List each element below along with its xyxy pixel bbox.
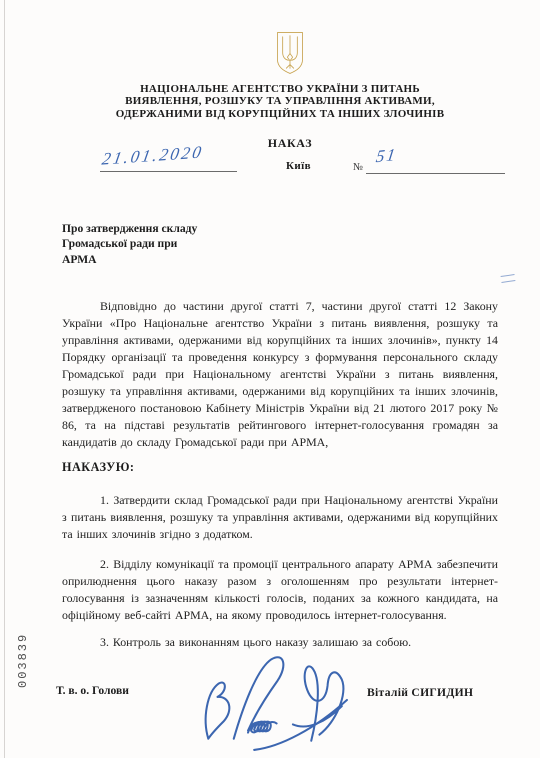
signer-position: Т. в. о. Голови [56, 684, 129, 697]
number-underline [366, 173, 505, 174]
ink-mark-artifact [501, 274, 516, 283]
decree-word: НАКАЗУЮ: [62, 460, 134, 475]
signature-scribble-icon [193, 650, 351, 752]
handwritten-number: 51 [375, 145, 399, 168]
subject-line: Громадської ради при [62, 236, 302, 251]
agency-name: НАЦІОНАЛЬНЕ АГЕНТСТВО УКРАЇНИ З ПИТАНЬ В… [20, 83, 540, 120]
order-item-1: 1. Затвердити склад Громадської ради при… [62, 492, 498, 543]
agency-name-line: НАЦІОНАЛЬНЕ АГЕНТСТВО УКРАЇНИ З ПИТАНЬ [20, 83, 540, 95]
order-item-3: 3. Контроль за виконанням цього наказу з… [62, 634, 498, 651]
subject-line: Про затвердження складу [62, 221, 302, 236]
subject-line: АРМА [62, 252, 302, 267]
date-underline [100, 171, 237, 172]
scanned-order-document: НАЦІОНАЛЬНЕ АГЕНТСТВО УКРАЇНИ З ПИТАНЬ В… [0, 0, 540, 758]
ukraine-trident-icon [275, 31, 305, 75]
signer-name: Віталій СИГИДИН [367, 686, 473, 699]
city-label: Київ [286, 160, 311, 172]
number-sign-label: № [353, 162, 363, 173]
agency-name-line: ВИЯВЛЕННЯ, РОЗШУКУ ТА УПРАВЛІННЯ АКТИВАМ… [20, 95, 540, 107]
agency-name-line: ОДЕРЖАНИМИ ВІД КОРУПЦІЙНИХ ТА ІНШИХ ЗЛОЧ… [20, 108, 540, 120]
preamble-paragraph: Відповідно до частини другої статті 7, ч… [62, 298, 498, 451]
registration-number-stamp: 003839 [16, 633, 30, 688]
scan-edge-line [4, 0, 5, 758]
subject-heading: Про затвердження складу Громадської ради… [62, 221, 302, 267]
order-item-2: 2. Відділу комунікації та промоції центр… [62, 556, 498, 624]
